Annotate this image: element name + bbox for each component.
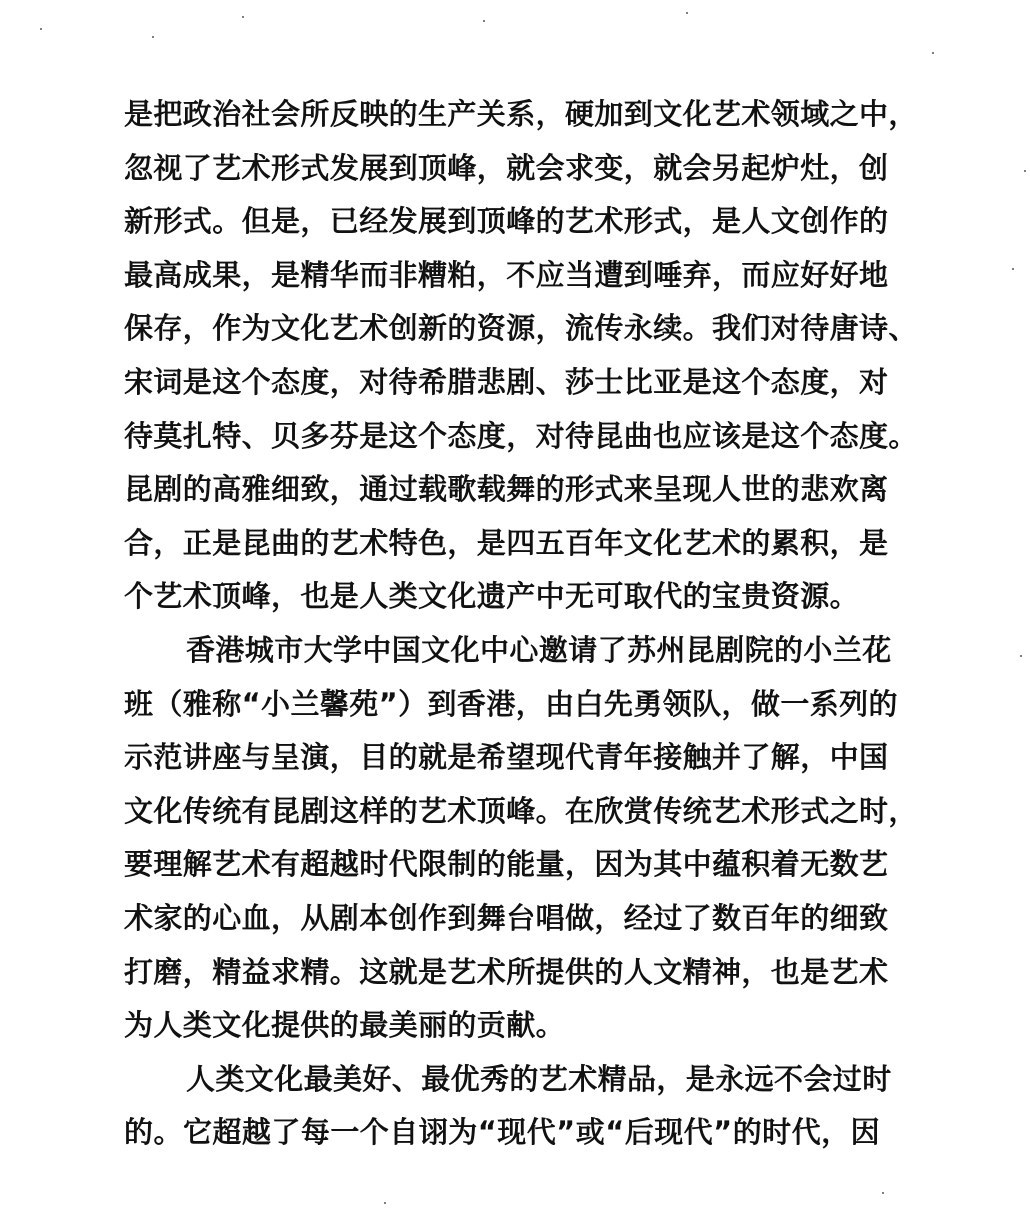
text-line: 个艺术顶峰，也是人类文化遗产中无可取代的宝贵资源。 <box>124 570 880 624</box>
scan-speck <box>882 1192 884 1194</box>
text-line: 待莫扎特、贝多芬是这个态度，对待昆曲也应该是这个态度。 <box>124 410 880 464</box>
scan-speck <box>483 20 485 22</box>
text-line: 宋词是这个态度，对待希腊悲剧、莎士比亚是这个态度，对 <box>124 356 880 410</box>
scan-speck <box>152 36 154 38</box>
text-line: 班（雅称“小兰馨苑”）到香港，由白先勇领队，做一系列的 <box>124 678 880 732</box>
text-line-indented: 香港城市大学中国文化中心邀请了苏州昆剧院的小兰花 <box>124 624 880 678</box>
text-line: 为人类文化提供的最美丽的贡献。 <box>124 999 880 1053</box>
text-line: 合，正是昆曲的艺术特色，是四五百年文化艺术的累积，是 <box>124 517 880 571</box>
text-line: 的。它超越了每一个自诩为“现代”或“后现代”的时代，因 <box>124 1106 880 1160</box>
scan-speck <box>1024 170 1026 172</box>
body-text: 是把政治社会所反映的生产关系，硬加到文化艺术领域之中， 忽视了艺术形式发展到顶峰… <box>124 88 894 1160</box>
text-line: 保存，作为文化艺术创新的资源，流传永续。我们对待唐诗、 <box>124 302 880 356</box>
scan-speck <box>1012 268 1014 270</box>
scan-speck <box>932 52 934 54</box>
text-line: 是把政治社会所反映的生产关系，硬加到文化艺术领域之中， <box>124 88 880 142</box>
scan-speck <box>242 16 244 18</box>
scan-speck <box>686 12 688 14</box>
scan-speck <box>1020 655 1022 657</box>
text-line: 打磨，精益求精。这就是艺术所提供的人文精神，也是艺术 <box>124 946 880 1000</box>
scanned-book-page: 是把政治社会所反映的生产关系，硬加到文化艺术领域之中， 忽视了艺术形式发展到顶峰… <box>0 0 1030 1218</box>
text-line: 昆剧的高雅细致，通过载歌载舞的形式来呈现人世的悲欢离 <box>124 463 880 517</box>
scan-speck <box>40 28 42 30</box>
text-line-indented: 人类文化最美好、最优秀的艺术精品，是永远不会过时 <box>124 1053 880 1107</box>
text-line: 文化传统有昆剧这样的艺术顶峰。在欣赏传统艺术形式之时， <box>124 785 880 839</box>
text-line: 最高成果，是精华而非糟粕，不应当遭到唾弃，而应好好地 <box>124 249 880 303</box>
text-line: 示范讲座与呈演，目的就是希望现代青年接触并了解，中国 <box>124 731 880 785</box>
scan-speck <box>384 1202 386 1204</box>
text-line: 术家的心血，从剧本创作到舞台唱做，经过了数百年的细致 <box>124 892 880 946</box>
text-line: 要理解艺术有超越时代限制的能量，因为其中蕴积着无数艺 <box>124 838 880 892</box>
text-line: 忽视了艺术形式发展到顶峰，就会求变，就会另起炉灶，创 <box>124 142 880 196</box>
text-line: 新形式。但是，已经发展到顶峰的艺术形式，是人文创作的 <box>124 195 880 249</box>
